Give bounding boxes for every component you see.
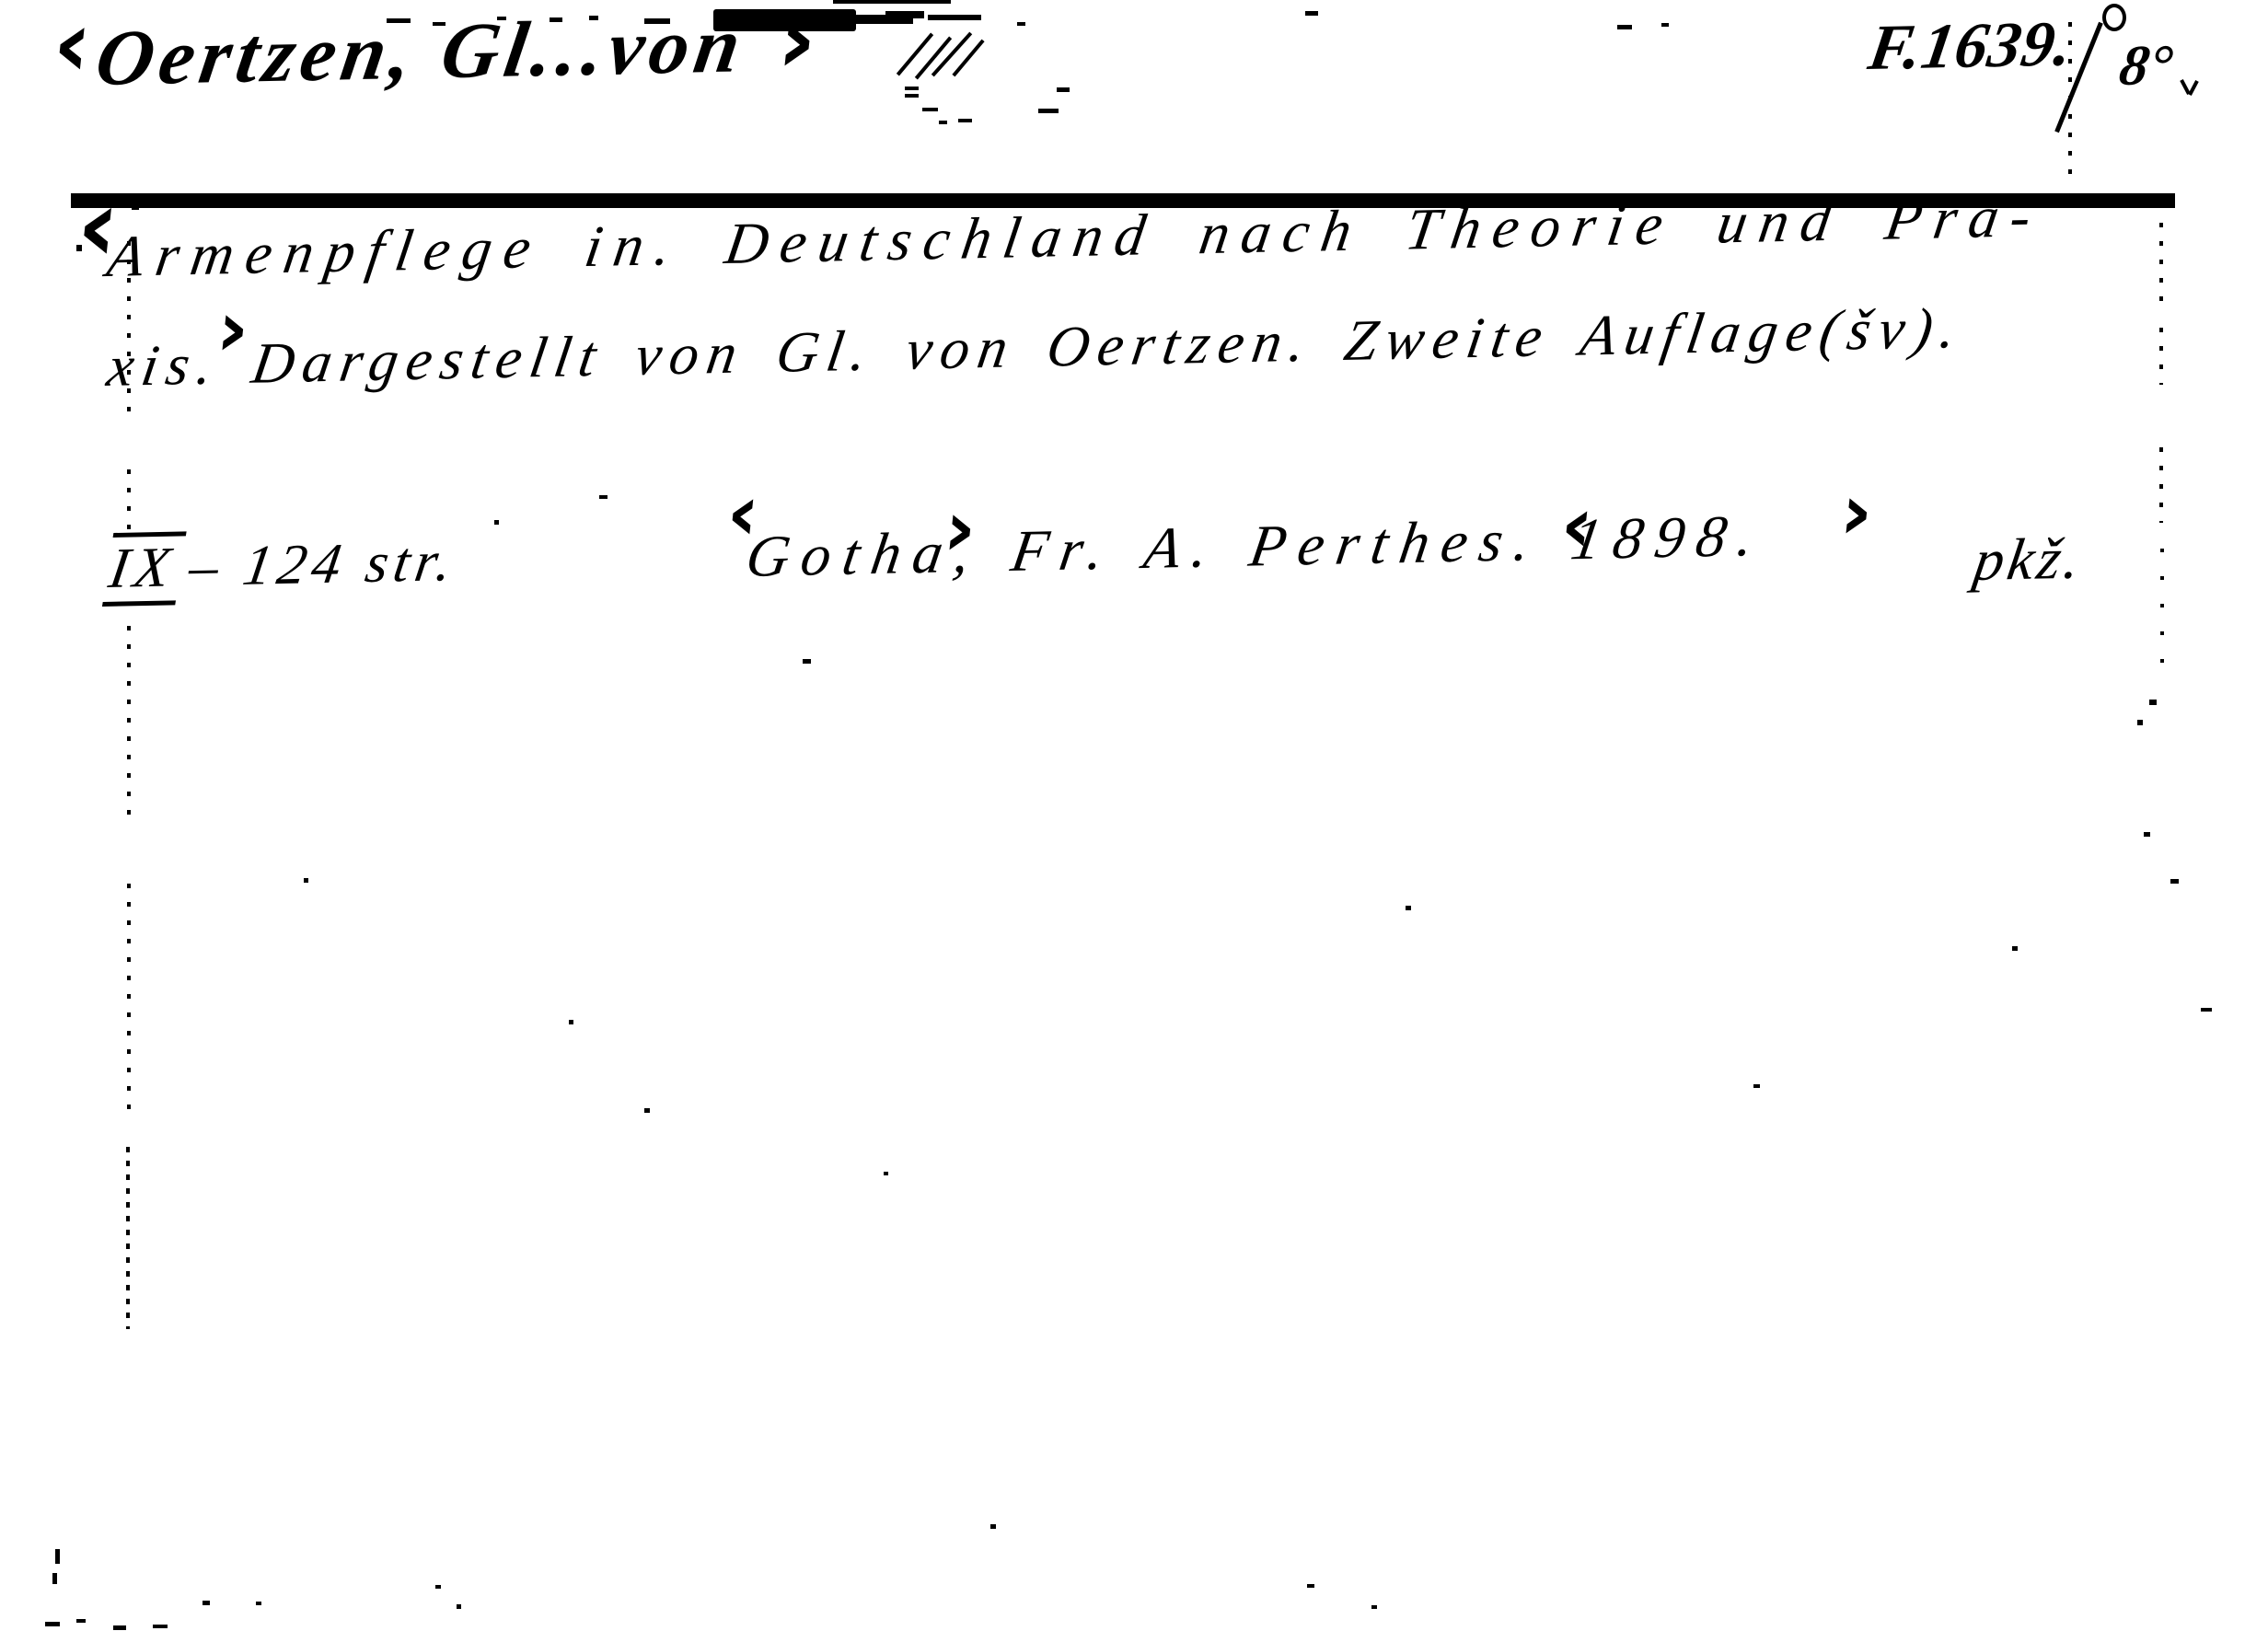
- scan-speck: [1057, 87, 1070, 92]
- scan-speck: [1307, 1584, 1314, 1588]
- scan-speck: [1305, 11, 1318, 16]
- scan-speck: [1617, 25, 1632, 29]
- scan-speck: [885, 11, 924, 18]
- scan-speck: [1038, 109, 1059, 113]
- left-margin-dotted-line: [127, 884, 131, 1116]
- scan-speck: [569, 1020, 573, 1024]
- edge-dash: [55, 1549, 60, 1564]
- scan-speck: [644, 18, 670, 24]
- edge-dash: [45, 1622, 60, 1626]
- left-margin-dotted-line: [127, 241, 131, 418]
- collation-statement: IX– 124 str.: [103, 530, 462, 600]
- scan-speck: [387, 18, 411, 23]
- right-margin-dotted-line: [2159, 447, 2163, 523]
- scan-hatch: [897, 32, 933, 75]
- scan-speck: [2012, 946, 2018, 951]
- scan-speck: [905, 87, 919, 90]
- caret-mark: ‹: [49, 0, 97, 90]
- edge-dash: [153, 1625, 168, 1628]
- scan-speck: [2137, 720, 2143, 725]
- scan-speck: [1371, 1605, 1377, 1609]
- edge-dash: [113, 1625, 126, 1630]
- scan-speck: [1406, 906, 1411, 910]
- scan-speck: [599, 495, 607, 499]
- caret-mark: ›: [1837, 473, 1877, 550]
- annotation-note: pkž.: [1970, 526, 2089, 594]
- scan-speck: [644, 1108, 650, 1113]
- scan-speck: [202, 1601, 210, 1605]
- scan-speck: [132, 206, 139, 210]
- scan-speck: [256, 1602, 261, 1605]
- scan-speck: [435, 1585, 441, 1589]
- scan-speck: [958, 119, 972, 122]
- scan-speck: [497, 17, 506, 20]
- scan-speck: [2170, 879, 2179, 884]
- imprint-statement: Gotha, Fr. A. Perthes. 1898.: [742, 503, 1770, 589]
- right-margin-dotted-line: [2159, 328, 2163, 385]
- edge-dash: [52, 1573, 57, 1584]
- shelfmark: F.1639.: [1864, 8, 2077, 84]
- scan-speck: [550, 17, 562, 22]
- format-statement: 8°: [2115, 34, 2177, 98]
- scan-speck: [2144, 832, 2150, 837]
- left-margin-dotted-line: [127, 626, 131, 824]
- title-line: xis. Dargestellt von Gl. von Oertzen. Zw…: [103, 296, 1969, 399]
- scan-speck: [1661, 23, 1669, 27]
- scan-speck: [433, 22, 445, 26]
- scan-speck: [589, 16, 598, 20]
- volume-numeral: IX: [102, 531, 186, 607]
- scan-smudge: [713, 9, 856, 31]
- author-heading: Oertzen, Gl...von: [90, 1, 752, 101]
- scan-speck: [990, 1524, 996, 1529]
- scan-speck: [76, 245, 82, 251]
- scan-speck: [939, 121, 947, 124]
- edge-dash: [76, 1619, 86, 1623]
- catalog-card: Oertzen, Gl...von F.1639. 8° ‹ › ‹ › ‹ ›…: [0, 0, 2268, 1631]
- left-margin-dotted-line: [126, 1147, 130, 1329]
- scan-speck: [884, 1172, 888, 1175]
- scan-speck: [1753, 1084, 1760, 1088]
- check-mark: [2188, 80, 2199, 96]
- scan-speck: [1017, 22, 1025, 26]
- left-margin-dotted-line: [127, 469, 131, 541]
- scan-speck: [304, 878, 308, 883]
- scan-speck: [803, 659, 811, 664]
- page-extent: – 124 str.: [185, 530, 462, 598]
- scan-line: [833, 0, 951, 4]
- scan-speck: [922, 108, 938, 111]
- right-margin-dotted-line: [2159, 223, 2163, 304]
- right-margin-dotted-line: [2160, 549, 2164, 679]
- scan-speck: [905, 94, 919, 98]
- scan-speck: [2201, 1008, 2212, 1012]
- scan-speck: [457, 1604, 461, 1609]
- ring-mark: [2102, 4, 2126, 31]
- scan-speck: [928, 15, 981, 20]
- scan-speck: [494, 520, 499, 525]
- scan-speck: [2149, 700, 2157, 705]
